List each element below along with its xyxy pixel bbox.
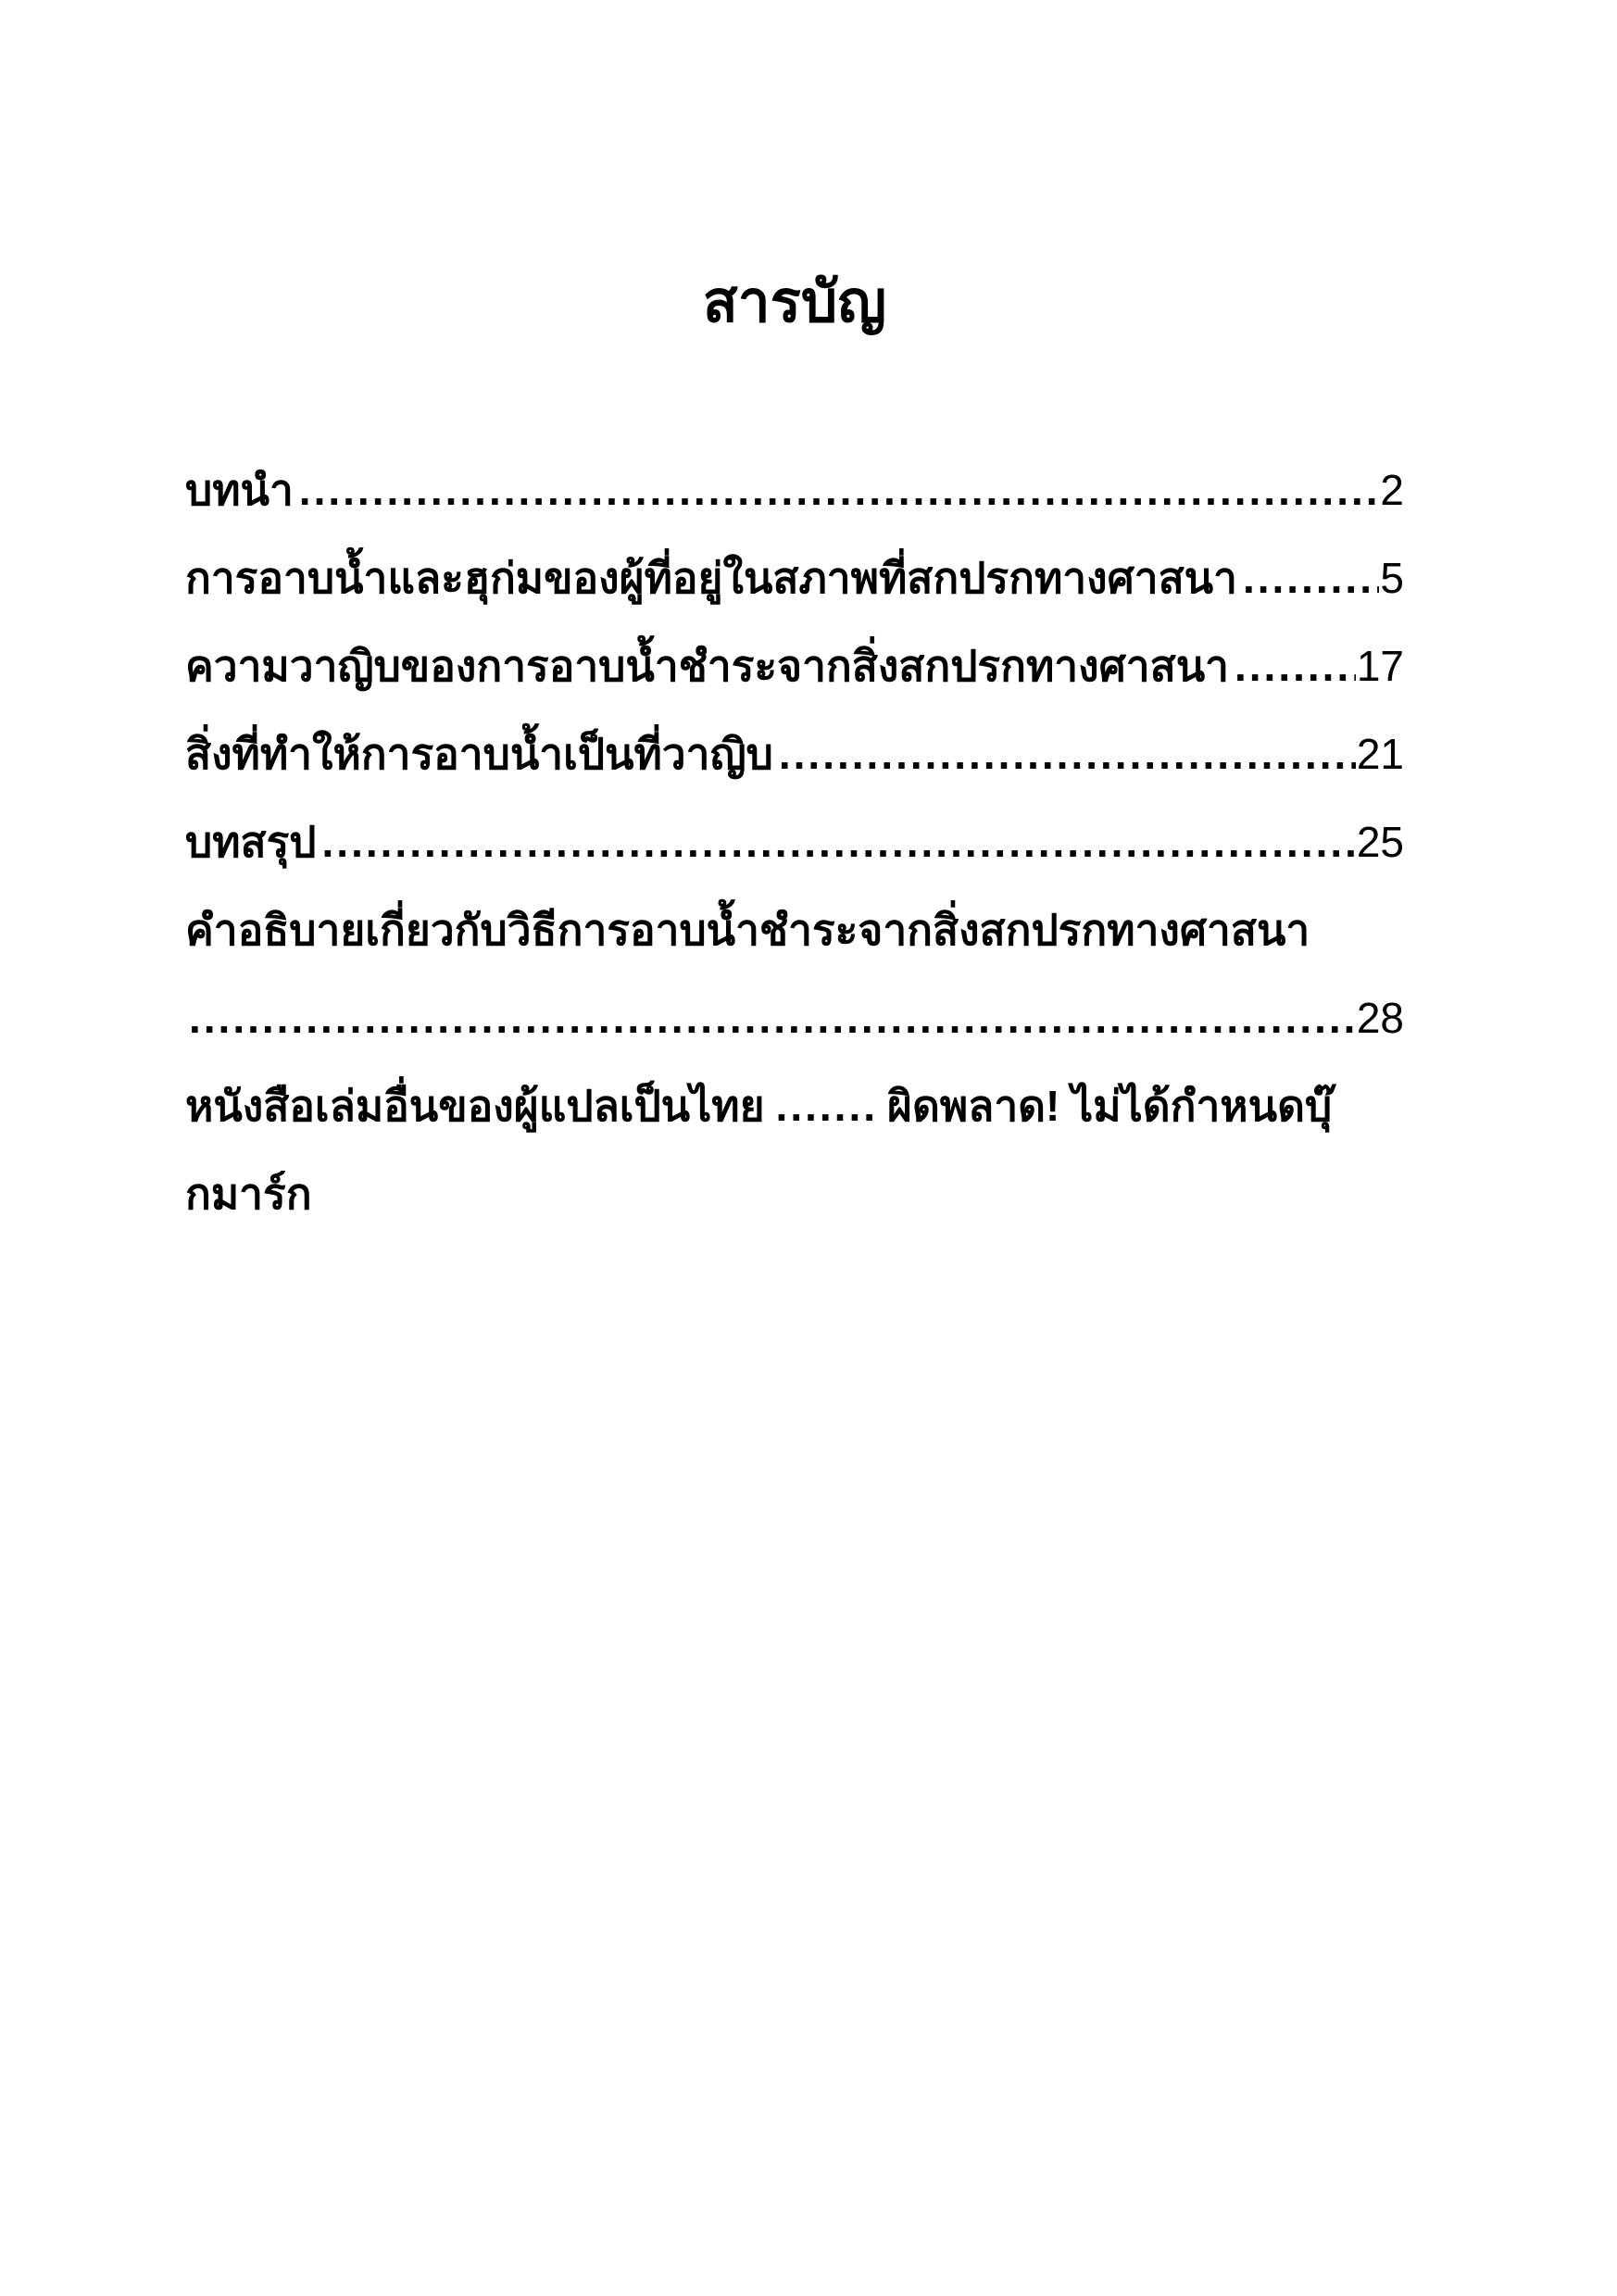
toc-entry-label: สิ่งที่ทำให้การอาบน้ำเป็นที่วาญิบ [185,710,773,798]
toc-entry[interactable]: บทสรุป 25 [185,798,1404,886]
toc-entry[interactable]: ความวาญิบของการอาบน้ำชำระจากสิ่งสกปรกทาง… [185,622,1404,710]
toc-entry-label: ความวาญิบของการอาบน้ำชำระจากสิ่งสกปรกทาง… [185,622,1229,710]
dot-leader [299,446,1380,534]
toc-entry-page-number: 2 [1380,446,1404,534]
dot-leader [322,798,1356,886]
dot-leader [189,974,1356,1062]
page-title: สารบัญ [185,267,1404,339]
table-of-contents: บทนำ 2 การอาบน้ำและฮุก่มของผู้ที่อยู่ในส… [185,446,1404,1238]
dot-leader [1243,534,1379,622]
toc-entry-page-number: 5 [1380,534,1404,622]
toc-entry-page-number: 25 [1357,798,1404,886]
toc-entry-page-number: 17 [1357,622,1404,710]
toc-entry-label: หนังสือเล่มอื่นของผู้แปลเป็นไทย [185,1082,765,1130]
document-page: สารบัญ บทนำ 2 การอาบน้ำและฮุก่มของผู้ที่… [0,0,1617,2296]
dot-leader: ....... [776,1082,878,1130]
dot-leader [1235,622,1356,710]
toc-entry-page-number: 28 [1357,974,1404,1062]
toc-entry[interactable]: คำอธิบายเกี่ยวกับวิธีการอาบน้ำชำระจากสิ่… [185,886,1404,974]
toc-entry[interactable]: การอาบน้ำและฮุก่มของผู้ที่อยู่ในสภาพที่ส… [185,534,1404,622]
toc-entry[interactable]: สิ่งที่ทำให้การอาบน้ำเป็นที่วาญิบ 21 [185,710,1404,798]
toc-entry-continuation[interactable]: 28 [185,974,1404,1062]
toc-entry[interactable]: หนังสือเล่มอื่นของผู้แปลเป็นไทย.......ผิ… [185,1062,1404,1238]
dot-leader [779,710,1356,798]
toc-entry-label: คำอธิบายเกี่ยวกับวิธีการอาบน้ำชำระจากสิ่… [185,886,1310,974]
toc-entry[interactable]: บทนำ 2 [185,446,1404,534]
toc-entry-label: บทสรุป [185,798,317,886]
toc-entry-page-number: 21 [1357,710,1404,798]
toc-entry-label: บทนำ [185,446,294,534]
toc-entry-label: การอาบน้ำและฮุก่มของผู้ที่อยู่ในสภาพที่ส… [185,534,1237,622]
